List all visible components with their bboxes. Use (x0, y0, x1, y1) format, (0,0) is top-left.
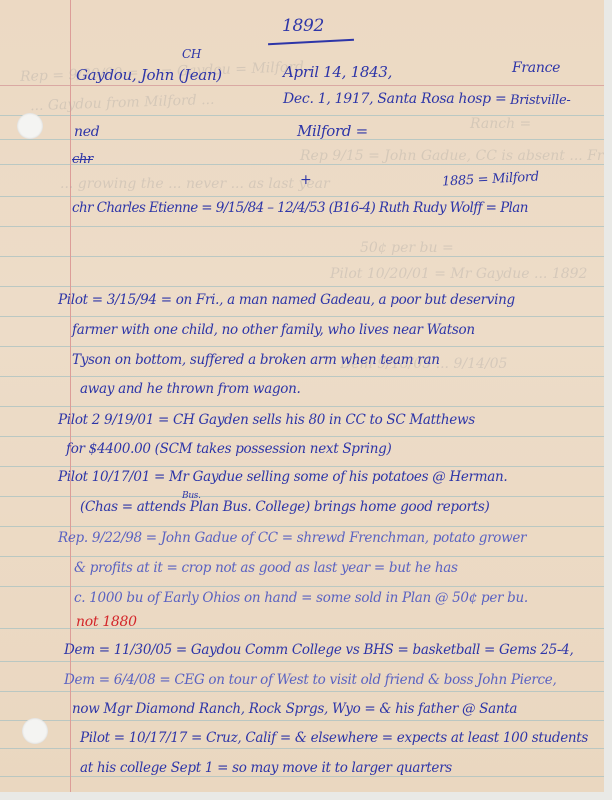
ruled-line (0, 586, 604, 587)
paragraph-line: c. 1000 bu of Early Ohios on hand = some… (74, 590, 528, 606)
punch-hole (22, 718, 48, 744)
bleed-through-text: Pilot 10/20/01 = Mr Gaydue ... 1892 (330, 266, 587, 282)
child-entry: chr Charles Etienne = 9/15/84 – 12/4/53 … (72, 200, 528, 216)
person-name: Gaydou, John (Jean) (76, 66, 222, 84)
ruled-line (0, 346, 604, 347)
death-place: Bristville- (510, 93, 570, 108)
notecard-page: Rep = 9/29/99 = ... = Gaydou = Milford .… (0, 0, 604, 792)
bleed-through-text: Rep 9/15 = John Gadue, CC is absent ... … (300, 148, 604, 164)
birth-date: April 14, 1843, (283, 63, 392, 81)
paragraph-line: at his college Sept 1 = so may move it t… (80, 760, 452, 776)
ruled-line (0, 496, 604, 497)
ned-label: ned (74, 124, 99, 140)
ruled-line (0, 466, 604, 467)
paragraph-line: now Mgr Diamond Ranch, Rock Sprgs, Wyo =… (72, 701, 517, 717)
punch-hole (17, 113, 43, 139)
chr-struck: chr (72, 152, 93, 167)
ruled-line (0, 226, 604, 227)
bleed-through-text: ... growing the ... never ... as last ye… (60, 176, 330, 192)
burial-place: Milford = (297, 122, 368, 140)
paragraph-line: Dem = 11/30/05 = Gaydou Comm College vs … (64, 642, 573, 658)
ruled-line (0, 556, 604, 557)
paragraph-line: Tyson on bottom, suffered a broken arm w… (72, 352, 440, 368)
ruled-line (0, 256, 604, 257)
ruled-line (0, 286, 604, 287)
marriage-note: 1885 = Milford (442, 169, 539, 189)
paragraph-line: away and he thrown from wagon. (80, 381, 301, 397)
ruled-line (0, 748, 604, 749)
paragraph-line: farmer with one child, no other family, … (72, 322, 475, 338)
paragraph-line: & profits at it = crop not as good as la… (74, 560, 458, 576)
death-date: Dec. 1, 1917, Santa Rosa hosp = (283, 91, 506, 107)
paragraph-line: Dem = 6/4/08 = CEG on tour of West to vi… (64, 672, 557, 688)
header-rule-red (0, 85, 604, 86)
ruled-line (0, 720, 604, 721)
bleed-through-text: ... Gaydou from Milford ... (30, 92, 215, 114)
paragraph-line: Pilot 10/17/01 = Mr Gaydue selling some … (58, 469, 507, 485)
ruled-line (0, 316, 604, 317)
paragraph-line: for $4400.00 (SCM takes possession next … (66, 441, 391, 457)
paragraph-line: Pilot = 10/17/17 = Cruz, Calif = & elsew… (80, 730, 588, 746)
name-annotation: CH (182, 47, 201, 61)
paragraph-line: Pilot = 3/15/94 = on Fri., a man named G… (58, 292, 515, 308)
paragraph-line: Rep. 9/22/98 = John Gadue of CC = shrewd… (58, 530, 526, 546)
ruled-line (0, 406, 604, 407)
bleed-through-text: 50¢ per bu = (360, 240, 454, 256)
ruled-line (0, 376, 604, 377)
paragraph-line: (Chas = attends Plan Bus. College) bring… (80, 499, 489, 515)
year-heading: 1892 (282, 16, 324, 36)
bleed-through-text: Ranch = (470, 116, 531, 132)
paragraph-line: Pilot 2 9/19/01 = CH Gayden sells his 80… (58, 412, 475, 428)
ruled-line (0, 436, 604, 437)
ruled-line (0, 661, 604, 662)
cross-mark: + (300, 172, 311, 188)
year-underline (268, 39, 354, 45)
ruled-line (0, 691, 604, 692)
ruled-line (0, 776, 604, 777)
red-correction: not 1880 (76, 614, 137, 630)
birth-place: France (512, 60, 560, 76)
ruled-line (0, 196, 604, 197)
ruled-line (0, 526, 604, 527)
